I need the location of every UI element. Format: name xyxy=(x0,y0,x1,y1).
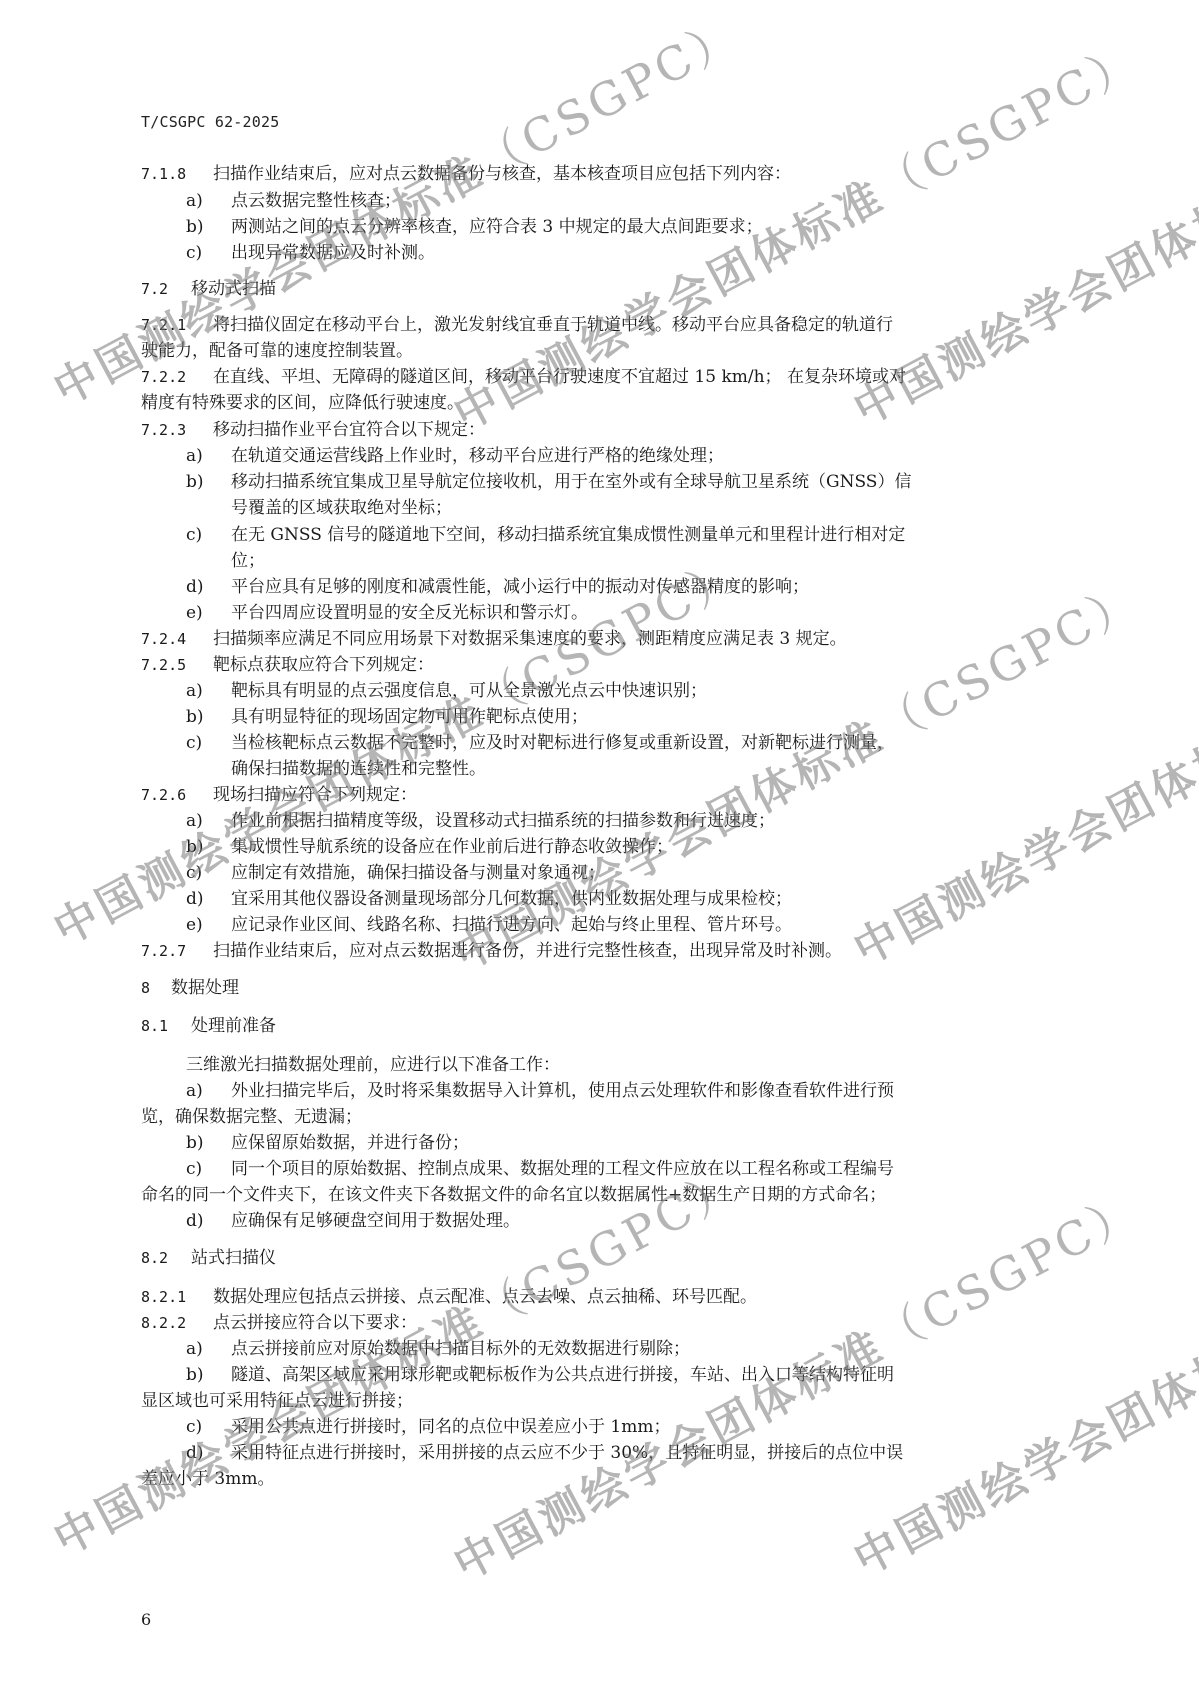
list-item: d)应确保有足够硬盘空间用于数据处理。 xyxy=(186,1208,520,1234)
heading-number: 8.1 xyxy=(141,1013,191,1039)
list-item: a)作业前根据扫描精度等级，设置移动式扫描系统的扫描参数和行进速度； xyxy=(186,808,775,834)
list-item: e)平台四周应设置明显的安全反光标识和警示灯。 xyxy=(186,600,588,626)
item-continuation: 命名的同一个文件夹下，在该文件夹下各数据文件的命名宜以数据属性+数据生产日期的方… xyxy=(141,1182,886,1208)
heading-text: 数据处理 xyxy=(171,978,239,998)
chapter-heading-8: 8数据处理 xyxy=(141,975,239,1001)
clause-number: 7.2.1 xyxy=(141,312,213,338)
clause-number: 7.1.8 xyxy=(141,161,213,187)
document-page: T/CSGPC 62-2025 7.1.8扫描作业结束后，应对点云数据备份与核查… xyxy=(0,0,1199,1696)
clause-7-2-7: 7.2.7扫描作业结束后，应对点云数据进行备份，并进行完整性核查，出现异常及时补… xyxy=(141,938,842,964)
clause-number: 8.2.1 xyxy=(141,1284,213,1310)
item-marker: e) xyxy=(186,912,231,938)
item-text: 隧道、高架区域应采用球形靶或靶标板作为公共点进行拼接，车站、出入口等结构特征明 xyxy=(231,1365,894,1385)
clause-number: 7.2.7 xyxy=(141,938,213,964)
item-text: 在无 GNSS 信号的隧道地下空间，移动扫描系统宜集成惯性测量单元和里程计进行相… xyxy=(231,525,905,545)
section-heading-8-2: 8.2站式扫描仪 xyxy=(141,1245,276,1271)
list-item: c)应制定有效措施，确保扫描设备与测量对象通视； xyxy=(186,860,605,886)
item-marker: a) xyxy=(186,678,231,704)
item-marker: b) xyxy=(186,1130,231,1156)
item-text: 点云拼接前应对原始数据中扫描目标外的无效数据进行剔除； xyxy=(231,1339,690,1359)
item-continuation: 差应小于 3mm。 xyxy=(141,1466,274,1492)
item-text: 点云数据完整性核查； xyxy=(231,191,401,211)
clause-continuation: 驶能力，配备可靠的速度控制装置。 xyxy=(141,338,413,364)
item-text: 平台应具有足够的刚度和减震性能，减小运行中的振动对传感器精度的影响； xyxy=(231,577,809,597)
clause-text: 扫描作业结束后，应对点云数据备份与核查，基本核查项目应包括下列内容： xyxy=(213,164,791,184)
item-continuation: 确保扫描数据的连续性和完整性。 xyxy=(231,756,486,782)
clause-7-2-5: 7.2.5靶标点获取应符合下列规定： xyxy=(141,652,434,678)
item-marker: a) xyxy=(186,808,231,834)
item-text: 作业前根据扫描精度等级，设置移动式扫描系统的扫描参数和行进速度； xyxy=(231,811,775,831)
item-text: 同一个项目的原始数据、控制点成果、数据处理的工程文件应放在以工程名称或工程编号 xyxy=(231,1159,894,1179)
item-text: 集成惯性导航系统的设备应在作业前后进行静态收敛操作； xyxy=(231,837,673,857)
paragraph-intro: 三维激光扫描数据处理前，应进行以下准备工作： xyxy=(186,1052,560,1078)
item-marker: d) xyxy=(186,1208,231,1234)
section-heading-7-2: 7.2移动式扫描 xyxy=(141,276,276,302)
clause-text: 数据处理应包括点云拼接、点云配准、点云去噪、点云抽稀、环号匹配。 xyxy=(213,1287,757,1307)
clause-text: 扫描频率应满足不同应用场景下对数据采集速度的要求，测距精度应满足表 3 规定。 xyxy=(213,629,847,649)
list-item: b)具有明显特征的现场固定物可用作靶标点使用； xyxy=(186,704,588,730)
item-marker: c) xyxy=(186,1156,231,1182)
item-text: 采用特征点进行拼接时，采用拼接的点云应不少于 30%，且特征明显，拼接后的点位中… xyxy=(231,1443,903,1463)
clause-number: 7.2.3 xyxy=(141,417,213,443)
clause-text: 扫描作业结束后，应对点云数据进行备份，并进行完整性核查，出现异常及时补测。 xyxy=(213,941,842,961)
clause-text: 现场扫描应符合下列规定： xyxy=(213,785,417,805)
list-item: d)平台应具有足够的刚度和减震性能，减小运行中的振动对传感器精度的影响； xyxy=(186,574,809,600)
clause-7-2-6: 7.2.6现场扫描应符合下列规定： xyxy=(141,782,417,808)
list-item: c)在无 GNSS 信号的隧道地下空间，移动扫描系统宜集成惯性测量单元和里程计进… xyxy=(186,522,905,548)
item-text: 出现异常数据应及时补测。 xyxy=(231,243,435,263)
clause-7-2-1: 7.2.1将扫描仪固定在移动平台上，激光发射线宜垂直于轨道中线。移动平台应具备稳… xyxy=(141,312,893,338)
list-item: e)应记录作业区间、线路名称、扫描行进方向、起始与终止里程、管片环号。 xyxy=(186,912,792,938)
item-continuation: 显区域也可采用特征点云进行拼接； xyxy=(141,1388,413,1414)
clause-text: 将扫描仪固定在移动平台上，激光发射线宜垂直于轨道中线。移动平台应具备稳定的轨道行 xyxy=(213,315,893,335)
clause-7-2-4: 7.2.4扫描频率应满足不同应用场景下对数据采集速度的要求，测距精度应满足表 3… xyxy=(141,626,847,652)
list-item: b)两测站之间的点云分辨率核查，应符合表 3 中规定的最大点间距要求； xyxy=(186,214,763,240)
item-marker: b) xyxy=(186,469,231,495)
list-item: d)宜采用其他仪器设备测量现场部分几何数据，供内业数据处理与成果检校； xyxy=(186,886,792,912)
item-marker: b) xyxy=(186,704,231,730)
item-marker: a) xyxy=(186,1078,231,1104)
item-continuation: 号覆盖的区域获取绝对坐标； xyxy=(231,495,452,521)
item-marker: d) xyxy=(186,886,231,912)
document-code-header: T/CSGPC 62-2025 xyxy=(141,113,279,131)
item-text: 平台四周应设置明显的安全反光标识和警示灯。 xyxy=(231,603,588,623)
clause-number: 7.2.2 xyxy=(141,364,213,390)
item-marker: a) xyxy=(186,1336,231,1362)
clause-number: 8.2.2 xyxy=(141,1310,213,1336)
clause-number: 7.2.6 xyxy=(141,782,213,808)
list-item: d)采用特征点进行拼接时，采用拼接的点云应不少于 30%，且特征明显，拼接后的点… xyxy=(186,1440,903,1466)
heading-text: 处理前准备 xyxy=(191,1016,276,1036)
item-marker: b) xyxy=(186,214,231,240)
list-item: b)隧道、高架区域应采用球形靶或靶标板作为公共点进行拼接，车站、出入口等结构特征… xyxy=(186,1362,894,1388)
item-text: 应保留原始数据，并进行备份； xyxy=(231,1133,469,1153)
clause-text: 靶标点获取应符合下列规定： xyxy=(213,655,434,675)
item-text: 应记录作业区间、线路名称、扫描行进方向、起始与终止里程、管片环号。 xyxy=(231,915,792,935)
item-marker: d) xyxy=(186,1440,231,1466)
clause-7-2-2: 7.2.2在直线、平坦、无障碍的隧道区间，移动平台行驶速度不宜超过 15 km/… xyxy=(141,364,906,390)
heading-number: 8.2 xyxy=(141,1245,191,1271)
clause-text: 点云拼接应符合以下要求： xyxy=(213,1313,417,1333)
list-item: c)同一个项目的原始数据、控制点成果、数据处理的工程文件应放在以工程名称或工程编… xyxy=(186,1156,894,1182)
list-item: a)在轨道交通运营线路上作业时，移动平台应进行严格的绝缘处理； xyxy=(186,443,724,469)
clause-continuation: 精度有特殊要求的区间，应降低行驶速度。 xyxy=(141,390,464,416)
item-marker: c) xyxy=(186,240,231,266)
item-text: 宜采用其他仪器设备测量现场部分几何数据，供内业数据处理与成果检校； xyxy=(231,889,792,909)
item-text: 移动扫描系统宜集成卫星导航定位接收机，用于在室外或有全球导航卫星系统（GNSS）… xyxy=(231,472,911,492)
item-text: 应确保有足够硬盘空间用于数据处理。 xyxy=(231,1211,520,1231)
list-item: a)点云拼接前应对原始数据中扫描目标外的无效数据进行剔除； xyxy=(186,1336,690,1362)
clause-7-2-3: 7.2.3移动扫描作业平台宜符合以下规定： xyxy=(141,417,485,443)
list-item: c)当检核靶标点云数据不完整时，应及时对靶标进行修复或重新设置，对新靶标进行测量… xyxy=(186,730,894,756)
item-text: 外业扫描完毕后，及时将采集数据导入计算机，使用点云处理软件和影像查看软件进行预 xyxy=(231,1081,894,1101)
item-text: 应制定有效措施，确保扫描设备与测量对象通视； xyxy=(231,863,605,883)
clause-text: 在直线、平坦、无障碍的隧道区间，移动平台行驶速度不宜超过 15 km/h； 在复… xyxy=(213,367,906,387)
list-item: a)点云数据完整性核查； xyxy=(186,188,401,214)
item-text: 靶标具有明显的点云强度信息，可从全景激光点云中快速识别； xyxy=(231,681,707,701)
item-marker: c) xyxy=(186,730,231,756)
clause-number: 7.2.5 xyxy=(141,652,213,678)
heading-number: 8 xyxy=(141,975,171,1001)
list-item: a)靶标具有明显的点云强度信息，可从全景激光点云中快速识别； xyxy=(186,678,707,704)
item-text: 两测站之间的点云分辨率核查，应符合表 3 中规定的最大点间距要求； xyxy=(231,217,763,237)
list-item: b)应保留原始数据，并进行备份； xyxy=(186,1130,469,1156)
clause-8-2-1: 8.2.1数据处理应包括点云拼接、点云配准、点云去噪、点云抽稀、环号匹配。 xyxy=(141,1284,757,1310)
item-text: 采用公共点进行拼接时，同名的点位中误差应小于 1mm； xyxy=(231,1417,670,1437)
clause-number: 7.2.4 xyxy=(141,626,213,652)
item-marker: b) xyxy=(186,834,231,860)
item-marker: c) xyxy=(186,860,231,886)
list-item: a)外业扫描完毕后，及时将采集数据导入计算机，使用点云处理软件和影像查看软件进行… xyxy=(186,1078,894,1104)
item-marker: d) xyxy=(186,574,231,600)
clause-7-1-8: 7.1.8扫描作业结束后，应对点云数据备份与核查，基本核查项目应包括下列内容： xyxy=(141,161,791,187)
item-marker: a) xyxy=(186,443,231,469)
list-item: b)移动扫描系统宜集成卫星导航定位接收机，用于在室外或有全球导航卫星系统（GNS… xyxy=(186,469,911,495)
list-item: c)出现异常数据应及时补测。 xyxy=(186,240,435,266)
item-marker: e) xyxy=(186,600,231,626)
clause-8-2-2: 8.2.2点云拼接应符合以下要求： xyxy=(141,1310,417,1336)
page-number: 6 xyxy=(141,1610,151,1629)
item-continuation: 位； xyxy=(231,548,265,574)
item-text: 在轨道交通运营线路上作业时，移动平台应进行严格的绝缘处理； xyxy=(231,446,724,466)
section-heading-8-1: 8.1处理前准备 xyxy=(141,1013,276,1039)
item-marker: c) xyxy=(186,1414,231,1440)
item-marker: c) xyxy=(186,522,231,548)
list-item: b)集成惯性导航系统的设备应在作业前后进行静态收敛操作； xyxy=(186,834,673,860)
heading-text: 站式扫描仪 xyxy=(191,1248,276,1268)
heading-number: 7.2 xyxy=(141,276,191,302)
item-text: 当检核靶标点云数据不完整时，应及时对靶标进行修复或重新设置，对新靶标进行测量， xyxy=(231,733,894,753)
item-continuation: 览，确保数据完整、无遗漏； xyxy=(141,1104,362,1130)
clause-text: 移动扫描作业平台宜符合以下规定： xyxy=(213,420,485,440)
watermark: 中国测绘学会团体标准（CSGPC） xyxy=(840,559,1199,979)
item-marker: b) xyxy=(186,1362,231,1388)
list-item: c)采用公共点进行拼接时，同名的点位中误差应小于 1mm； xyxy=(186,1414,670,1440)
heading-text: 移动式扫描 xyxy=(191,279,276,299)
item-marker: a) xyxy=(186,188,231,214)
item-text: 具有明显特征的现场固定物可用作靶标点使用； xyxy=(231,707,588,727)
